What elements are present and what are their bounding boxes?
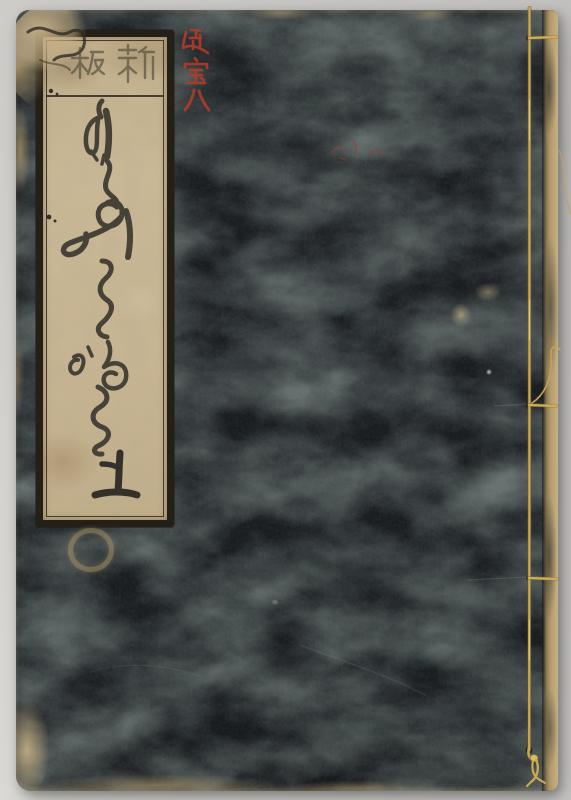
worn-edge-top-2	[406, 10, 456, 22]
label-header-divider	[46, 95, 164, 97]
book-cover	[16, 10, 558, 791]
label-paper-texture	[43, 37, 167, 520]
worn-corner-bottom-left	[16, 700, 50, 791]
worn-edge-top	[246, 10, 316, 20]
worn-edge-bottom	[40, 774, 280, 791]
stain-ring	[65, 525, 117, 575]
worn-edge-left-2	[16, 340, 25, 416]
title-label	[36, 30, 174, 527]
worn-edge-left	[16, 106, 30, 196]
page-edges	[542, 10, 558, 791]
worn-edge-bottom-2	[286, 780, 426, 791]
label-inner-frame	[46, 40, 164, 517]
photo-backdrop	[0, 0, 571, 800]
